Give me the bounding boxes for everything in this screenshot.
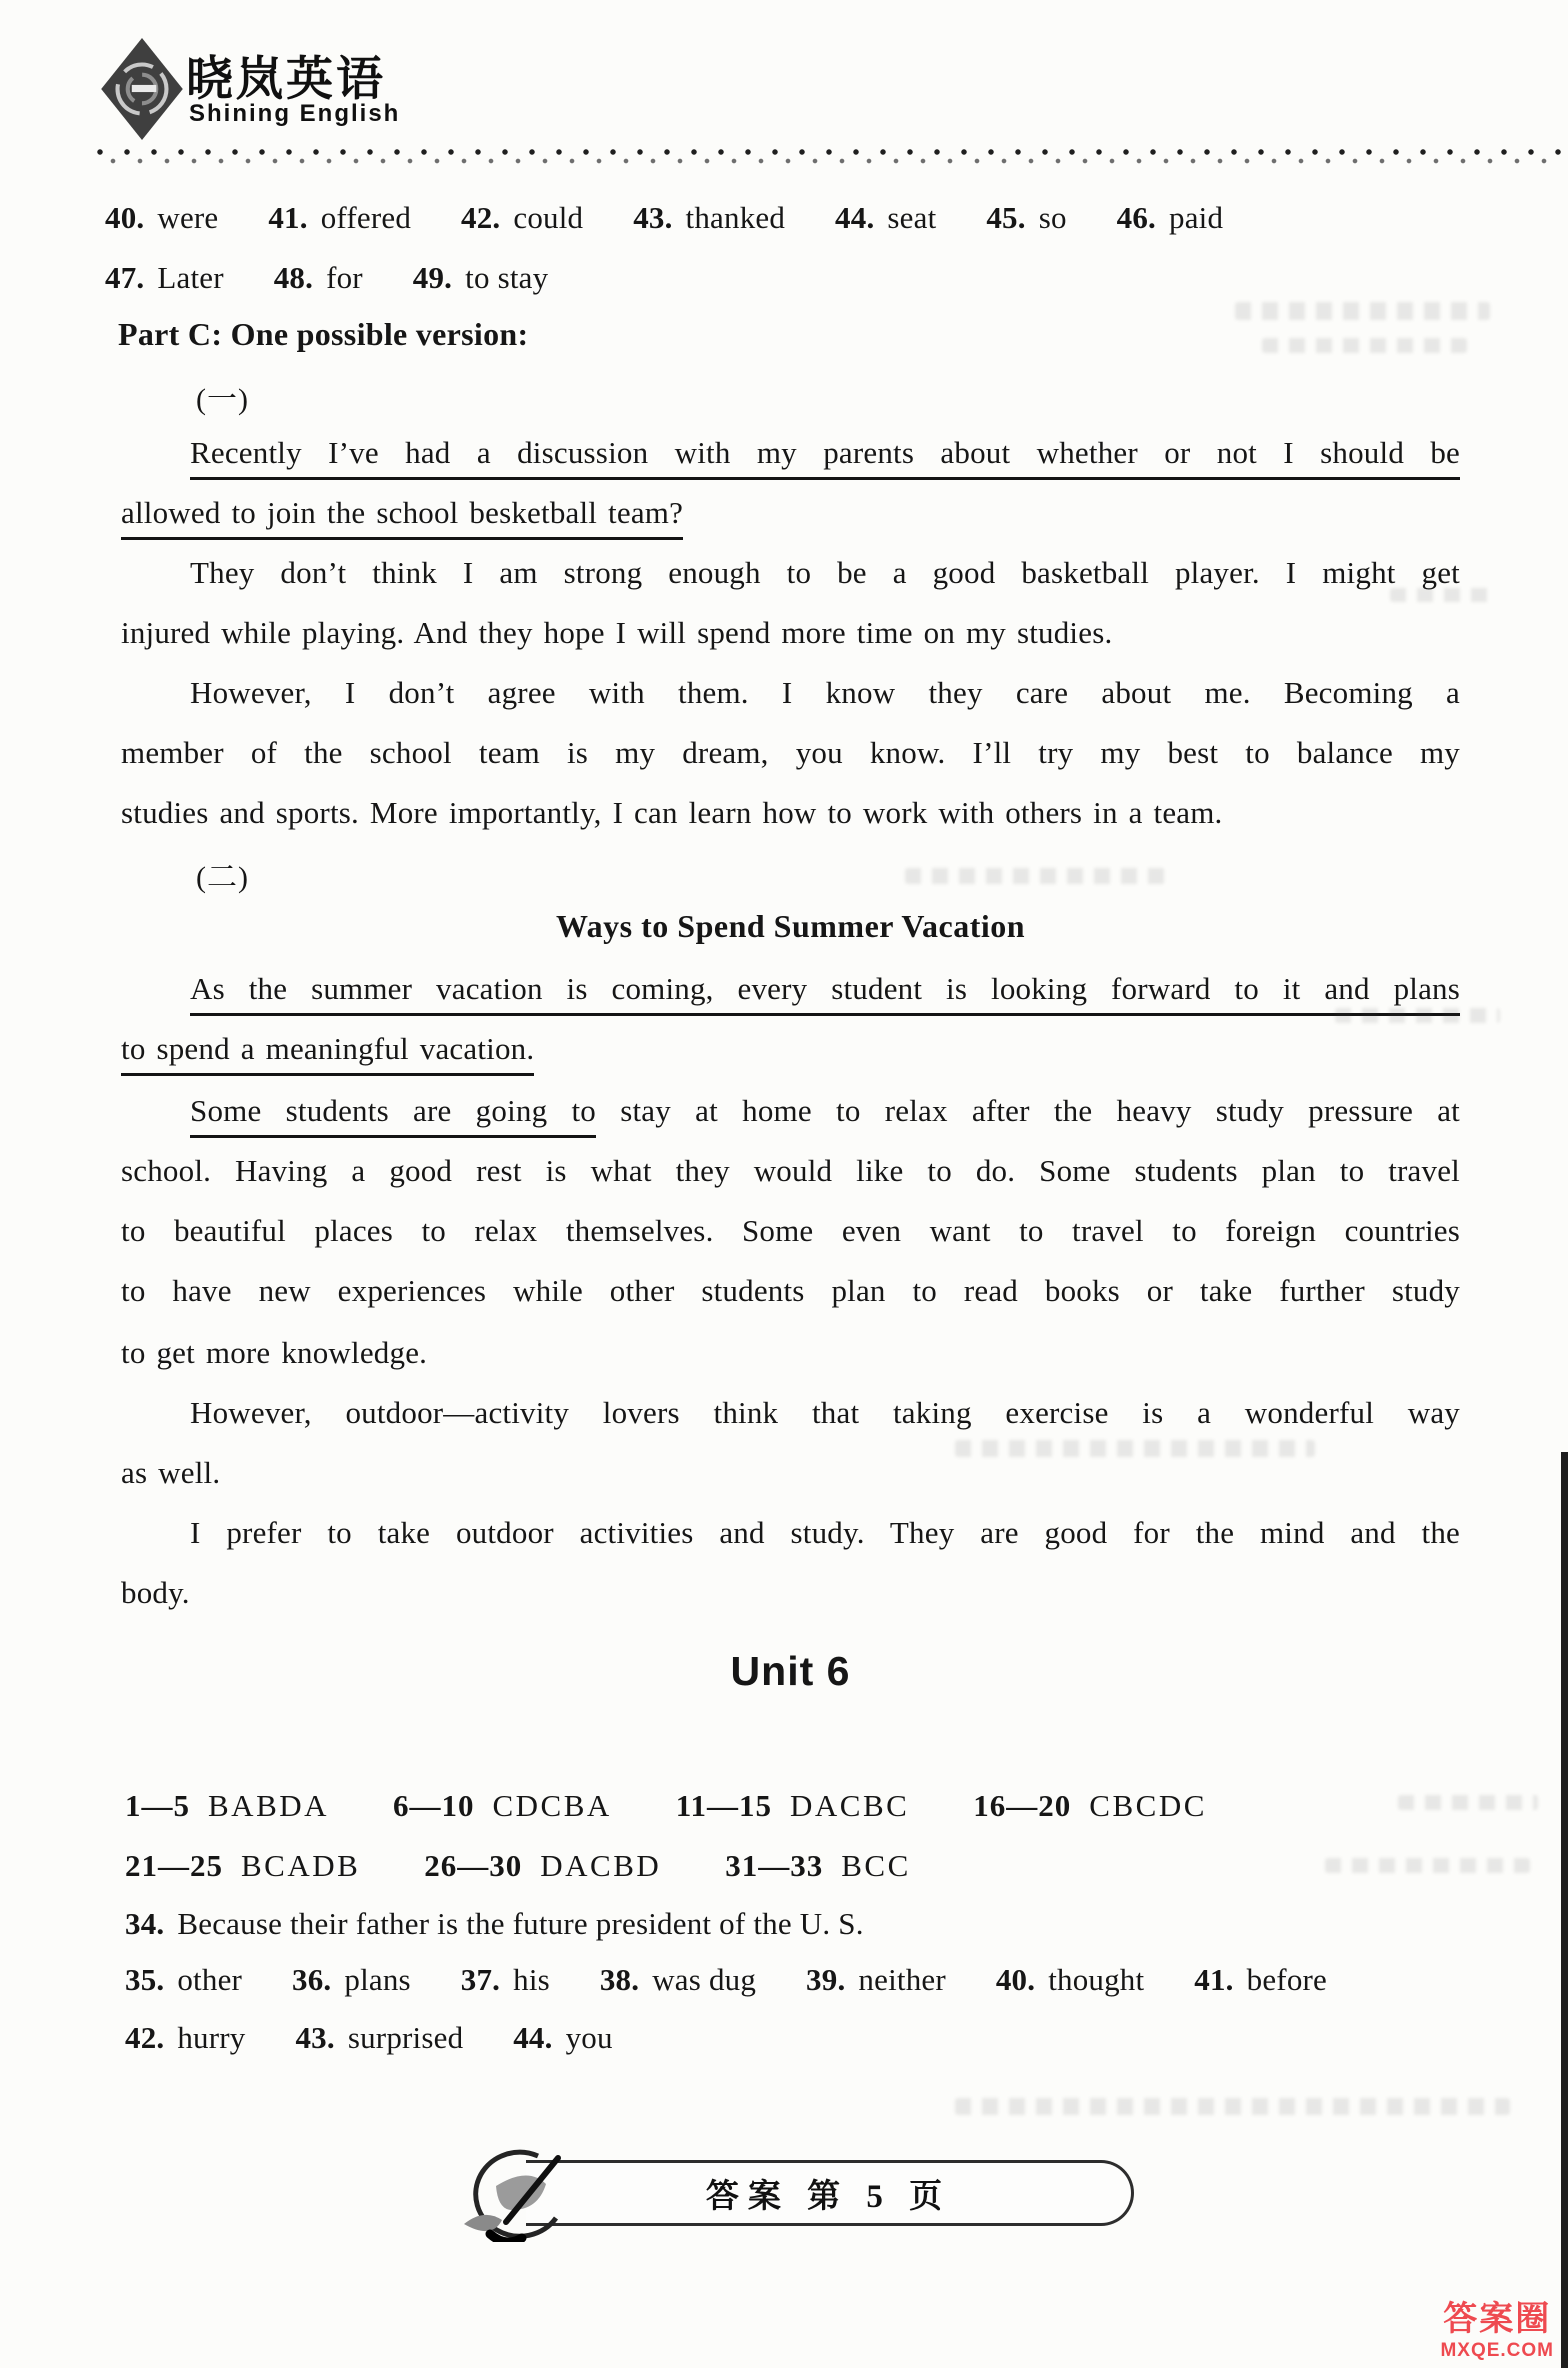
essay-two-title: Ways to Spend Summer Vacation (121, 908, 1460, 945)
mc-letters: BCC (841, 1848, 911, 1883)
part-c-heading: Part C: One possible version: (118, 316, 528, 353)
answer-item: 36.plans (292, 1962, 411, 1998)
unit6-mc-row-2: 21—25BCADB 26—30DACBD 31—33BCC (125, 1848, 967, 1884)
answer-item: 46.paid (1117, 200, 1224, 236)
page-footer-banner: 答案 第 5 页 (438, 2142, 1138, 2242)
bleedthrough-smudge (905, 868, 1165, 884)
answer-item: 45.so (986, 200, 1066, 236)
underlined-text: to spend a meaningful vacation. (121, 1031, 534, 1076)
answer-item: 37.his (461, 1962, 550, 1998)
answer-number: 41. (1194, 1962, 1233, 1997)
answer-item: 41.before (1194, 1962, 1327, 1998)
bleedthrough-smudge (1398, 1795, 1538, 1810)
bleedthrough-smudge (955, 2098, 1510, 2115)
answer-number: 44. (835, 200, 874, 235)
answer-item: 40.thought (996, 1962, 1145, 1998)
unit-6-title: Unit 6 (121, 1648, 1460, 1695)
essay-line: Some students are going to stay at home … (121, 1090, 1460, 1132)
answer-number: 47. (105, 260, 144, 295)
answer-word: offered (321, 200, 411, 235)
mc-letters: BCADB (241, 1848, 360, 1883)
essay-line: to beautiful places to relax themselves.… (121, 1210, 1460, 1252)
essay-line: to get more knowledge. (121, 1332, 1460, 1374)
answer-number: 44. (513, 2020, 552, 2055)
answer-number: 38. (600, 1962, 639, 1997)
answer-word: you (566, 2020, 613, 2055)
answer-number: 45. (986, 200, 1025, 235)
mc-range: 21—25 (125, 1848, 223, 1883)
answer-item: 44.you (513, 2020, 612, 2056)
answer-number: 39. (806, 1962, 845, 1997)
answer-word: was dug (652, 1962, 756, 1997)
answer-item: 42.could (461, 200, 583, 236)
answer-item: 47.Later (105, 260, 224, 296)
answer-word: plans (344, 1962, 410, 1997)
mc-range: 26—30 (424, 1848, 522, 1883)
answer-item: 40.were (105, 200, 218, 236)
brand-diamond-logo-icon (100, 38, 184, 140)
answer-word: thanked (686, 200, 786, 235)
essay-line: body. (121, 1572, 1460, 1614)
answer-word: paid (1169, 200, 1223, 235)
answer-word: Later (157, 260, 223, 295)
answer-number: 49. (413, 260, 452, 295)
answer-item: 49.to stay (413, 260, 549, 296)
answer-word: were (157, 200, 218, 235)
essay-line: Recently I’ve had a discussion with my p… (121, 432, 1460, 474)
essay-line: allowed to join the school besketball te… (121, 492, 1460, 534)
essay-line: studies and sports. More importantly, I … (121, 792, 1460, 834)
essay-line: to spend a meaningful vacation. (121, 1028, 1460, 1070)
bleedthrough-smudge (1390, 588, 1495, 602)
bleedthrough-smudge (1335, 1008, 1500, 1023)
answer-item: 44.seat (835, 200, 936, 236)
answer-item: 48.for (274, 260, 363, 296)
essay-line: They don’t think I am strong enough to b… (121, 552, 1460, 594)
answer-number: 41. (268, 200, 307, 235)
answer-item: 43.surprised (295, 2020, 463, 2056)
answer-word: surprised (348, 2020, 463, 2055)
answer-item: 35.other (125, 1962, 242, 1998)
answer-word: other (177, 1962, 242, 1997)
answer-key-page: 晓岚英语 Shining English 40.were 41.offered … (0, 0, 1568, 2368)
mc-range: 16—20 (973, 1788, 1071, 1823)
essay-line: school. Having a good rest is what they … (121, 1150, 1460, 1192)
answer-word: seat (887, 200, 936, 235)
answer-number: 43. (295, 2020, 334, 2055)
answer-item: 43.thanked (633, 200, 785, 236)
answer-word: thought (1048, 1962, 1144, 1997)
dotted-separator (94, 146, 1568, 166)
answer-word: before (1247, 1962, 1327, 1997)
mc-range: 6—10 (393, 1788, 475, 1823)
watermark: 答案圈 MXQE.COM (1440, 2291, 1554, 2362)
answer-number: 34. (125, 1906, 164, 1941)
underlined-text: Some students are going to (190, 1093, 596, 1138)
bleedthrough-smudge (955, 1440, 1315, 1457)
essay-line: injured while playing. And they hope I w… (121, 612, 1460, 654)
answer-word: for (326, 260, 363, 295)
scanner-edge-shadow (1561, 1452, 1568, 2368)
answer-word: so (1039, 200, 1067, 235)
unit6-mc-row-1: 1—5BABDA 6—10CDCBA 11—15DACBC 16—20CBCDC (125, 1788, 1263, 1824)
watermark-site-name: 答案圈 (1440, 2291, 1554, 2340)
answer-number: 40. (996, 1962, 1035, 1997)
mc-letters: CBCDC (1089, 1788, 1207, 1823)
underlined-text: Recently I’ve had a discussion with my p… (190, 435, 1460, 480)
brand-title-chinese: 晓岚英语 (186, 42, 386, 109)
mc-range: 1—5 (125, 1788, 190, 1823)
answer-item: 41.offered (268, 200, 411, 236)
unit6-fill-row-1: 35.other 36.plans 37.his 38.was dug 39.n… (125, 1962, 1369, 1998)
essay-text: stay at home to relax after the heavy st… (596, 1093, 1460, 1128)
answer-word: could (513, 200, 583, 235)
mc-range: 11—15 (676, 1788, 772, 1823)
answer-number: 37. (461, 1962, 500, 1997)
mc-letters: BABDA (208, 1788, 329, 1823)
underlined-text: As the summer vacation is coming, every … (190, 971, 1460, 1016)
answer-word: neither (858, 1962, 945, 1997)
answer-number: 36. (292, 1962, 331, 1997)
answer-number: 43. (633, 200, 672, 235)
underlined-text: allowed to join the school besketball te… (121, 495, 683, 540)
brand-subtitle-english: Shining English (189, 100, 400, 128)
essay-line: to have new experiences while other stud… (121, 1270, 1460, 1312)
essay-line: member of the school team is my dream, y… (121, 732, 1460, 774)
essay-one-marker: (一) (196, 374, 249, 418)
answer-item: 38.was dug (600, 1962, 756, 1998)
bleedthrough-smudge (1262, 338, 1467, 353)
mc-letters: CDCBA (492, 1788, 611, 1823)
answer-sentence: Because their father is the future presi… (177, 1906, 863, 1941)
answers-row-40-46: 40.were 41.offered 42.could 43.thanked 4… (105, 200, 1265, 236)
answer-number: 35. (125, 1962, 164, 1997)
answer-number: 40. (105, 200, 144, 235)
answers-row-47-49: 47.Later 48.for 49.to stay (105, 260, 590, 296)
unit6-fill-row-2: 42.hurry 43.surprised 44.you (125, 2020, 655, 2056)
watermark-site-url: MXQE.COM (1440, 2340, 1554, 2362)
essay-line: I prefer to take outdoor activities and … (121, 1512, 1460, 1554)
mc-range: 31—33 (725, 1848, 823, 1883)
answer-word: his (513, 1962, 550, 1997)
bleedthrough-smudge (1325, 1858, 1530, 1873)
essay-line: As the summer vacation is coming, every … (121, 968, 1460, 1010)
flower-ornament-icon (438, 2142, 588, 2242)
answer-number: 42. (461, 200, 500, 235)
footer-band: 答案 第 5 页 (526, 2160, 1134, 2226)
answer-word: to stay (465, 260, 548, 295)
answer-item: 39.neither (806, 1962, 946, 1998)
essay-two-marker: (二) (196, 852, 249, 896)
bleedthrough-smudge (1235, 302, 1490, 320)
answer-word: hurry (177, 2020, 245, 2055)
unit6-q34-row: 34.Because their father is the future pr… (125, 1906, 864, 1942)
answer-number: 48. (274, 260, 313, 295)
page-number-label: 答案 第 5 页 (706, 2170, 951, 2217)
essay-line: However, I don’t agree with them. I know… (121, 672, 1460, 714)
answer-item: 42.hurry (125, 2020, 246, 2056)
mc-letters: DACBD (540, 1848, 661, 1883)
answer-number: 46. (1117, 200, 1156, 235)
mc-letters: DACBC (790, 1788, 909, 1823)
essay-line: However, outdoor—activity lovers think t… (121, 1392, 1460, 1434)
answer-number: 42. (125, 2020, 164, 2055)
essay-line: as well. (121, 1452, 1460, 1494)
